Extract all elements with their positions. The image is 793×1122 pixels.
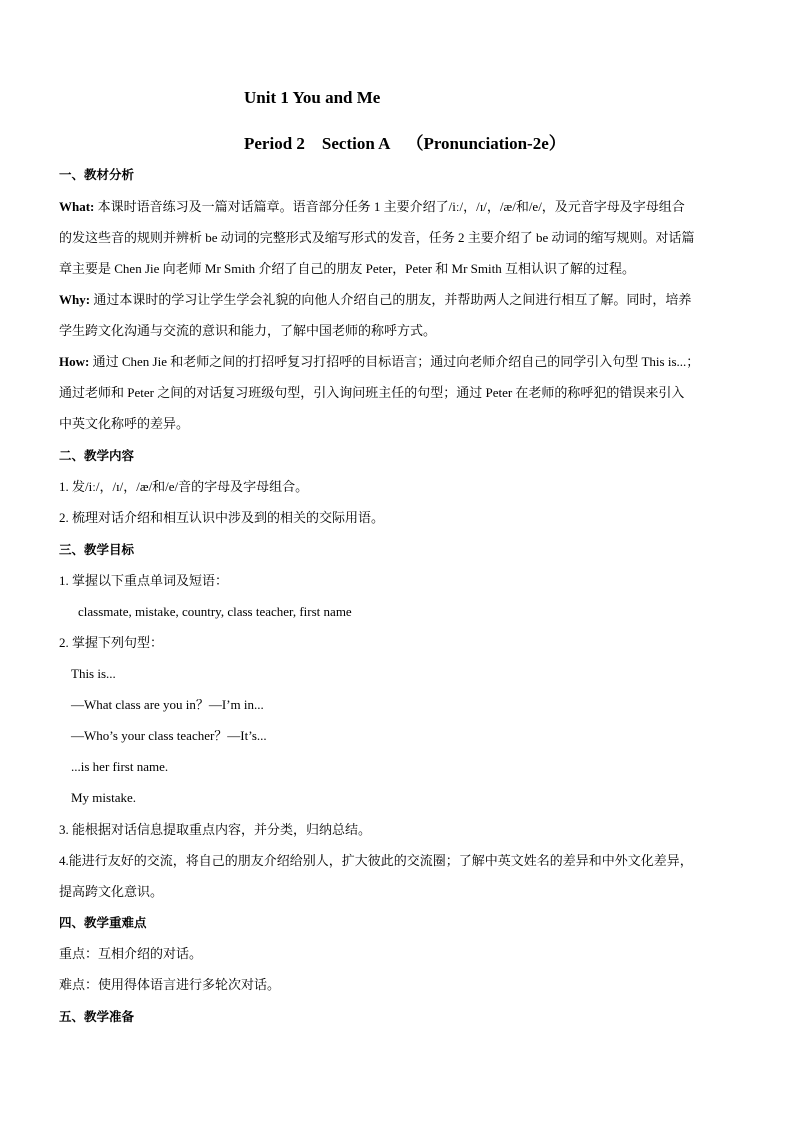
what-text: 本课时语音练习及一篇对话篇章。语音部分任务 1 主要介绍了/iː/，/ɪ/，/æ… [94,199,684,214]
key-point: 重点：互相介绍的对话。 [59,946,202,962]
document-title: Unit 1 You and Me [244,88,380,108]
objective-item-3: 3. 能根据对话信息提取重点内容，并分类，归纳总结。 [59,822,371,838]
pattern-5: My mistake. [71,790,136,806]
vocabulary-list: classmate, mistake, country, class teach… [78,604,352,620]
objective-item-4-line-1: 4.能进行友好的交流，将自己的朋友介绍给别人，扩大彼此的交流圈；了解中英文姓名的… [59,853,693,869]
how-paragraph-line-3: 中英文化称呼的差异。 [59,416,189,432]
objective-item-1: 1. 掌握以下重点单词及短语： [59,573,228,589]
section-heading-content: 二、教学内容 [59,448,134,464]
section-heading-analysis: 一、教材分析 [59,167,134,183]
why-paragraph-line-1: Why: 通过本课时的学习让学生学会礼貌的向他人介绍自己的朋友，并帮助两人之间进… [59,292,691,308]
pattern-2: —What class are you in？—I’m in... [71,697,264,713]
document-subtitle: Period 2 Section A （Pronunciation-2e） [244,129,566,154]
how-text: 通过 Chen Jie 和老师之间的打招呼复习打招呼的目标语言；通过向老师介绍自… [89,354,699,369]
pattern-1: This is... [71,666,116,682]
content-item-1: 1. 发/iː/，/ɪ/，/æ/和/e/音的字母及字母组合。 [59,479,308,495]
what-paragraph-line-3: 章主要是 Chen Jie 向老师 Mr Smith 介绍了自己的朋友 Pete… [59,261,635,277]
pattern-4: ...is her first name. [71,759,168,775]
how-paragraph-line-2: 通过老师和 Peter 之间的对话复习班级句型，引入询问班主任的句型；通过 Pe… [59,385,684,401]
section-heading-objectives: 三、教学目标 [59,542,134,558]
how-label: How: [59,354,89,369]
what-label: What: [59,199,94,214]
section-heading-preparation: 五、教学准备 [59,1009,134,1025]
why-text: 通过本课时的学习让学生学会礼貌的向他人介绍自己的朋友，并帮助两人之间进行相互了解… [90,292,691,307]
why-paragraph-line-2: 学生跨文化沟通与交流的意识和能力，了解中国老师的称呼方式。 [59,323,436,339]
difficult-point: 难点：使用得体语言进行多轮次对话。 [59,977,280,993]
objective-item-2: 2. 掌握下列句型： [59,635,163,651]
content-item-2: 2. 梳理对话介绍和相互认识中涉及到的相关的交际用语。 [59,510,384,526]
pattern-3: —Who’s your class teacher？—It’s... [71,728,267,744]
what-paragraph-line-2: 的发这些音的规则并辨析 be 动词的完整形式及缩写形式的发音，任务 2 主要介绍… [59,230,695,246]
what-paragraph-line-1: What: 本课时语音练习及一篇对话篇章。语音部分任务 1 主要介绍了/iː/，… [59,199,685,215]
why-label: Why: [59,292,90,307]
document-page: Unit 1 You and Me Period 2 Section A （Pr… [0,0,793,1122]
how-paragraph-line-1: How: 通过 Chen Jie 和老师之间的打招呼复习打招呼的目标语言；通过向… [59,354,699,370]
section-heading-key-points: 四、教学重难点 [59,915,147,931]
objective-item-4-line-2: 提高跨文化意识。 [59,884,163,900]
